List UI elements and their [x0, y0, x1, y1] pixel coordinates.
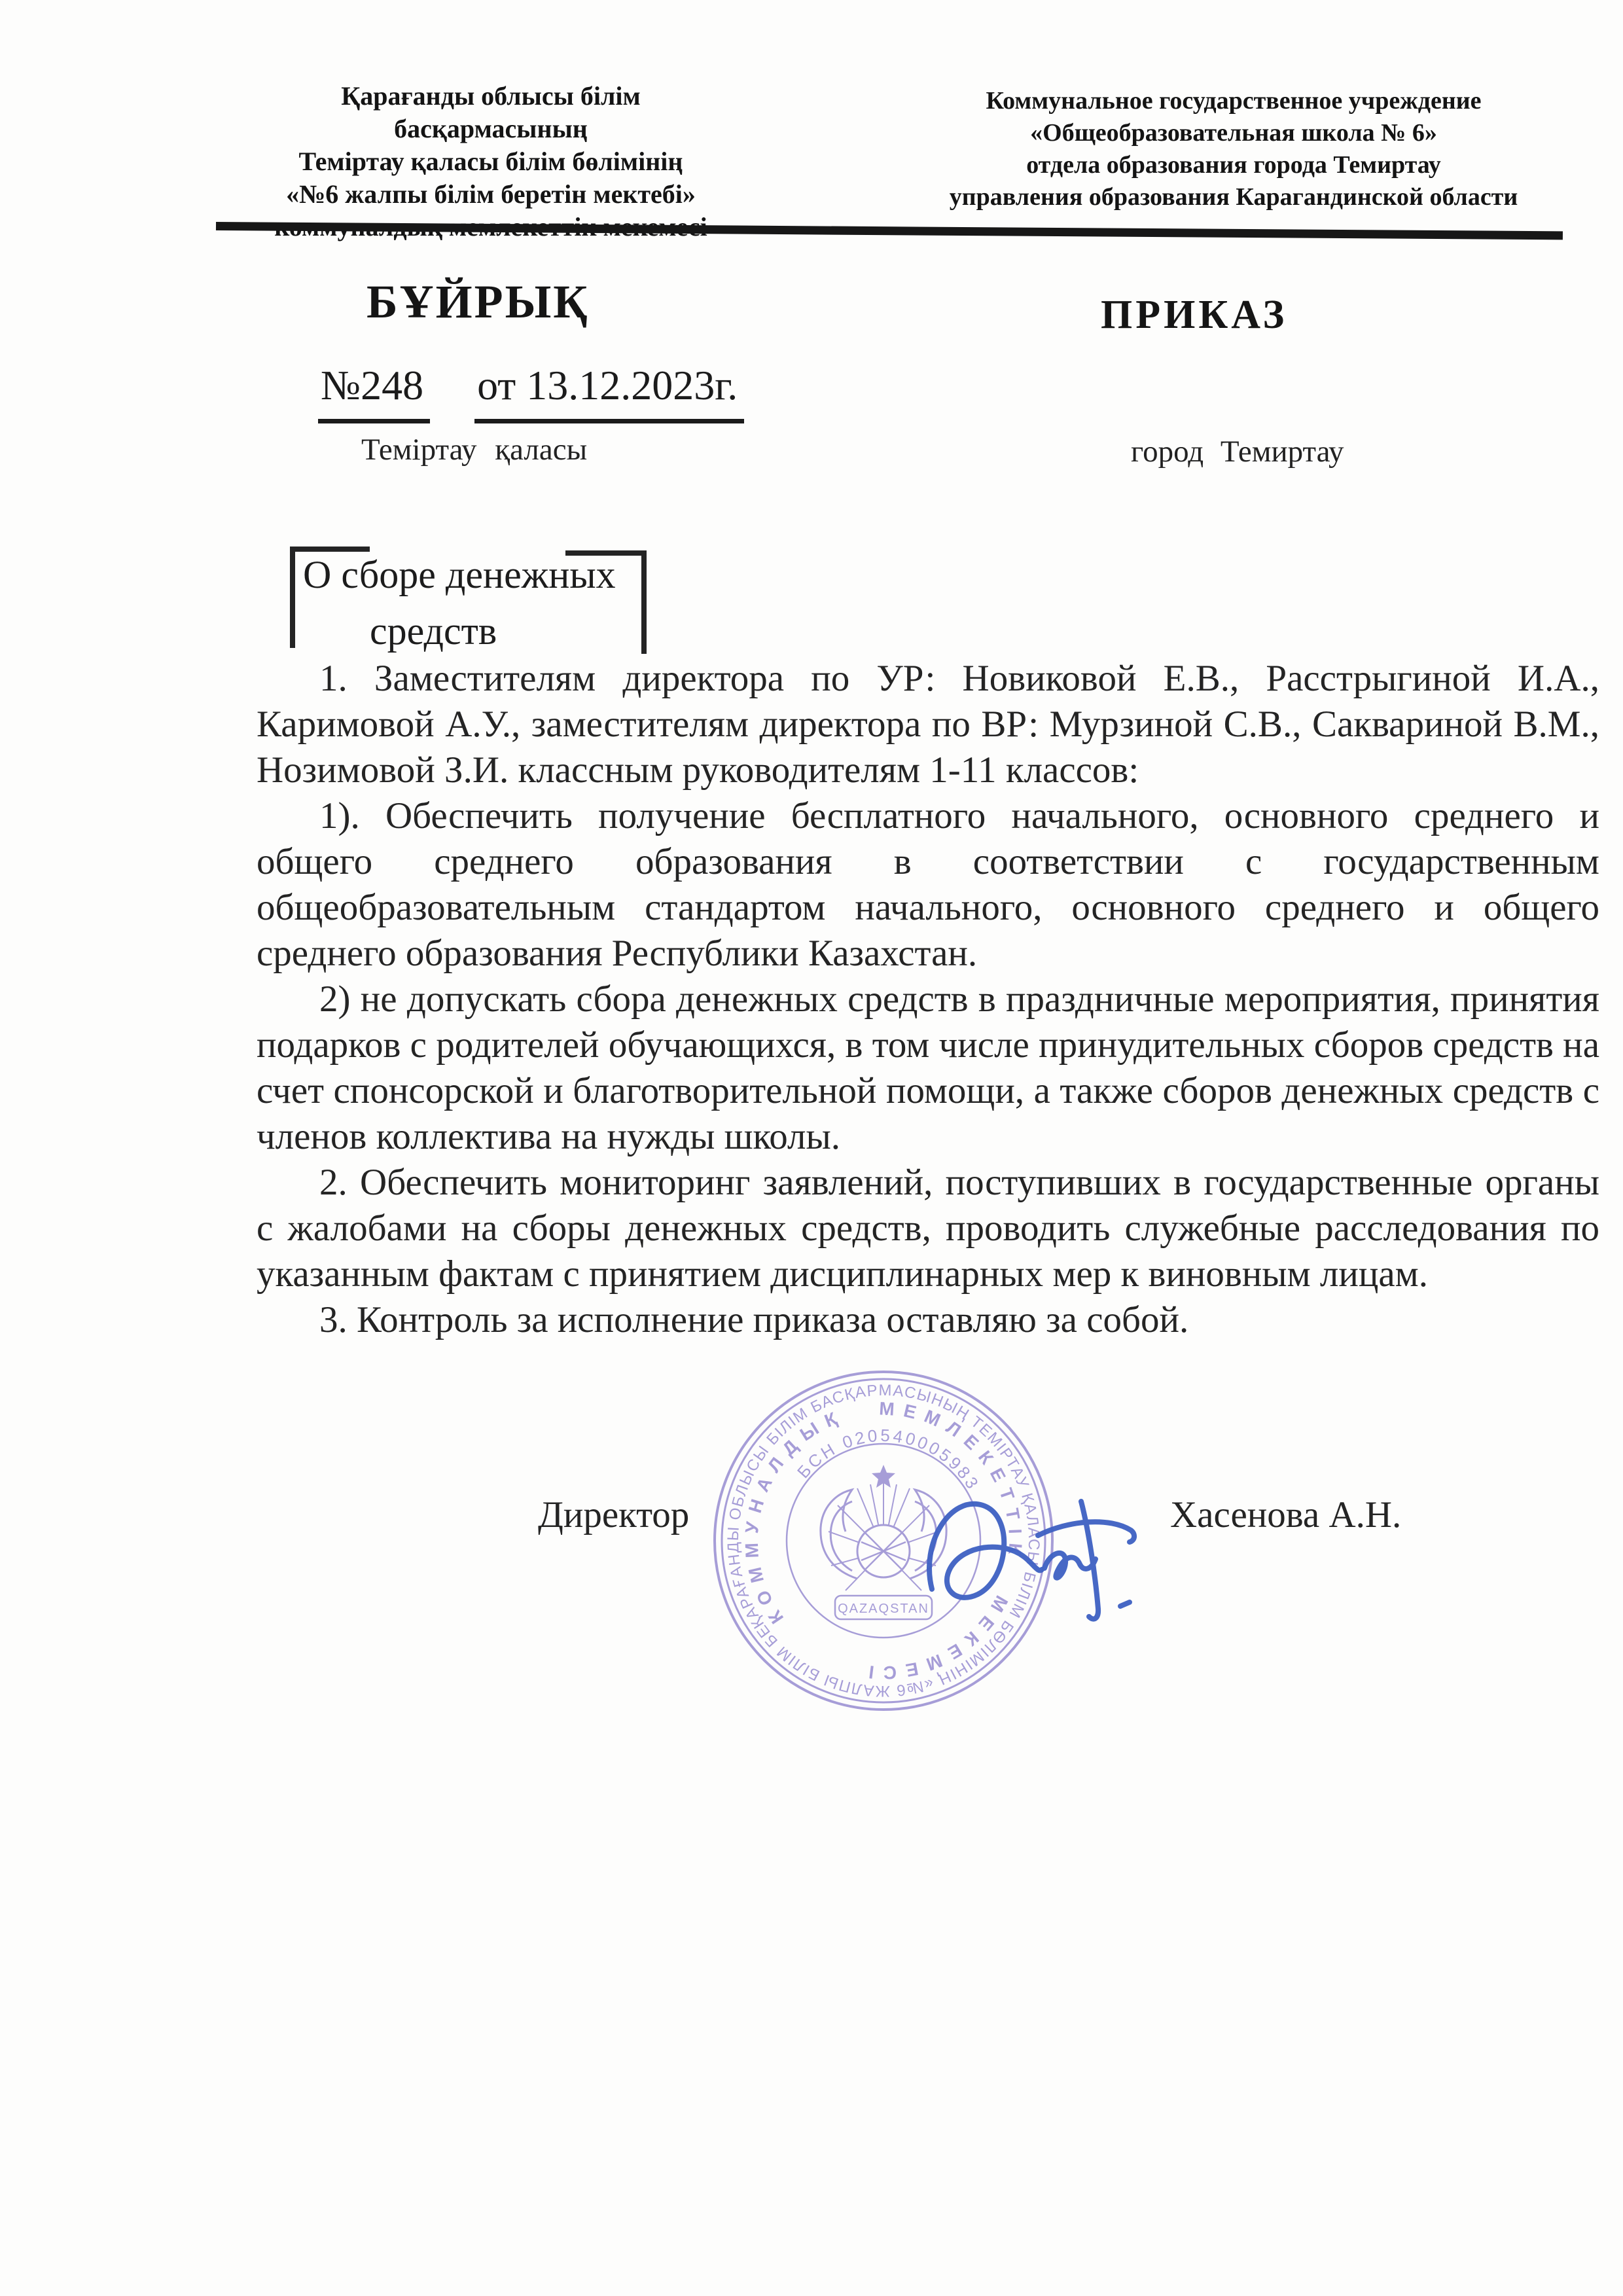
scanned-order-document: Қарағанды облысы білім басқармасының Тем…	[0, 0, 1623, 2296]
director-name: Хасенова А.Н.	[1170, 1494, 1401, 1536]
body-paragraph: 3. Контроль за исполнение приказа оставл…	[257, 1297, 1599, 1343]
subject-line-1: О сборе денежных	[303, 552, 616, 598]
signature-squiggle-stroke	[1044, 1553, 1096, 1578]
body-paragraph: 1). Обеспечить получение бесплатного нач…	[257, 793, 1599, 977]
org-line: Коммунальное государственное учреждение	[929, 85, 1538, 117]
body-paragraph: 2. Обеспечить мониторинг заявлений, пост…	[257, 1160, 1599, 1297]
org-line: «№6 жалпы білім беретін мектебі»	[242, 178, 740, 211]
signature-strokes	[929, 1501, 1134, 1619]
body-paragraph: 2) не допускать сбора денежных средств в…	[257, 977, 1599, 1160]
body-paragraph: 1. Заместителям директора по УР: Новиков…	[257, 656, 1599, 793]
director-signature-ink	[910, 1458, 1145, 1641]
order-body: 1. Заместителям директора по УР: Новиков…	[257, 656, 1599, 1343]
org-line: «Общеобразовательная школа № 6»	[929, 117, 1538, 149]
order-title-russian: ПРИКАЗ	[1101, 292, 1287, 338]
order-place-russian: город Темиртау	[1131, 434, 1344, 469]
org-line: отдела образования города Темиртау	[929, 149, 1538, 181]
order-title-kazakh: БҰЙРЫҚ	[366, 275, 590, 329]
order-date: от 13.12.2023г.	[474, 361, 744, 423]
subject-line-2: средств	[370, 609, 497, 654]
order-number-line: №248 от 13.12.2023г.	[318, 361, 744, 423]
letterhead-russian: Коммунальное государственное учреждение …	[929, 85, 1538, 213]
order-place-kazakh: Теміртау қаласы	[361, 432, 587, 467]
signature-end-dash	[1120, 1602, 1130, 1606]
director-role-label: Директор	[538, 1494, 689, 1536]
org-line: Теміртау қаласы білім бөлімінің	[242, 145, 740, 178]
signature-loop-stroke	[929, 1504, 1042, 1598]
org-line: Қарағанды облысы білім басқармасының	[242, 80, 740, 145]
letterhead-kazakh: Қарағанды облысы білім басқармасының Тем…	[242, 80, 740, 243]
org-line: управления образования Карагандинской об…	[929, 181, 1538, 213]
order-number: №248	[318, 361, 430, 423]
